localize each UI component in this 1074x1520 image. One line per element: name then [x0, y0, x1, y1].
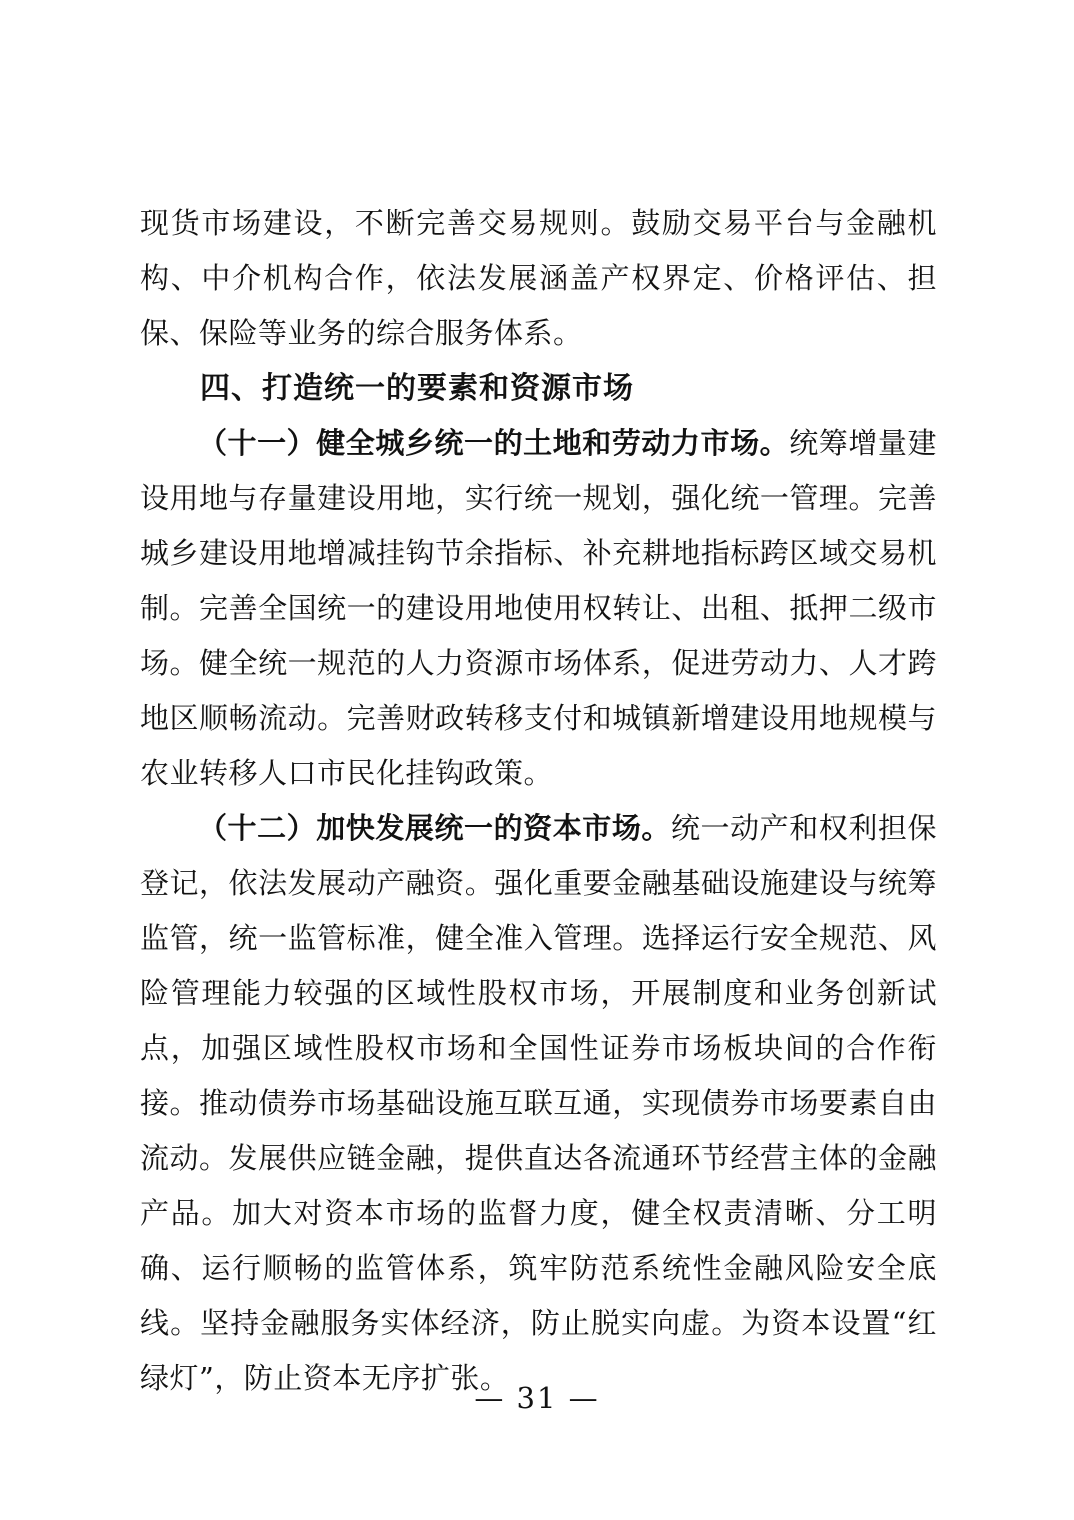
- paragraph-continuation: 现货市场建设，不断完善交易规则。鼓励交易平台与金融机构、中介机构合作，依法发展涵…: [140, 196, 937, 361]
- clause-12-lead: （十二）加快发展统一的资本市场。: [198, 811, 671, 845]
- document-page: 现货市场建设，不断完善交易规则。鼓励交易平台与金融机构、中介机构合作，依法发展涵…: [0, 0, 1074, 1520]
- text-block: 现货市场建设，不断完善交易规则。鼓励交易平台与金融机构、中介机构合作，依法发展涵…: [140, 196, 937, 1406]
- clause-12-body: 统一动产和权利担保登记，依法发展动产融资。强化重要金融基础设施建设与统筹监管，统…: [140, 811, 937, 1395]
- clause-11-lead: （十一）健全城乡统一的土地和劳动力市场。: [198, 426, 789, 460]
- clause-11-body: 统筹增量建设用地与存量建设用地，实行统一规划，强化统一管理。完善城乡建设用地增减…: [140, 426, 937, 790]
- paragraph-clause-11: （十一）健全城乡统一的土地和劳动力市场。统筹增量建设用地与存量建设用地，实行统一…: [140, 416, 937, 801]
- section-heading: 四、打造统一的要素和资源市场: [140, 361, 937, 416]
- page-number: — 31 —: [0, 1378, 1074, 1418]
- paragraph-clause-12: （十二）加快发展统一的资本市场。统一动产和权利担保登记，依法发展动产融资。强化重…: [140, 801, 937, 1406]
